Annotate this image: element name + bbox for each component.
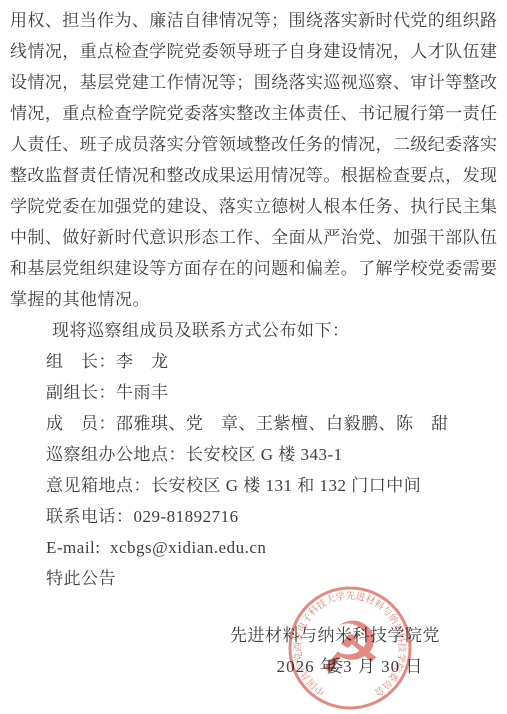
body-line: 整改监督责任情况和整改成果运用情况等。根据检查要点，发现 bbox=[10, 160, 497, 191]
contact-line-leader: 组 长：李 龙 bbox=[10, 346, 497, 377]
body-line: 和基层党组织建设等方面存在的问题和偏差。了解学校党委需要 bbox=[10, 253, 497, 284]
contact-line-mailbox-location: 意见箱地点：长安校区 G 楼 131 和 132 门口中间 bbox=[10, 470, 497, 501]
contact-list: 组 长：李 龙 副组长：牛雨丰 成 员：邵雅琪、党 章、王紫檀、白毅鹏、陈 甜 … bbox=[10, 346, 497, 594]
body-line: 掌握的其他情况。 bbox=[10, 284, 497, 315]
contact-line-phone: 联系电话：029-81892716 bbox=[10, 501, 497, 532]
body-line: 人责任、班子成员落实分管领域整改任务的情况，二级纪委落实 bbox=[10, 129, 497, 160]
body-line: 学院党委在加强党的建设、落实立德树人根本任务、执行民主集 bbox=[10, 191, 497, 222]
signature-block: 先进材料与纳米科技学院党委 2026 年 3 月 30 日 bbox=[225, 620, 445, 682]
contact-line-members: 成 员：邵雅琪、党 章、王紫檀、白毅鹏、陈 甜 bbox=[10, 408, 497, 439]
contact-line-email: E-mail: xcbgs@xidian.edu.cn bbox=[10, 532, 497, 563]
body-line: 情况，重点检查学院党委落实整改主体责任、书记履行第一责任 bbox=[10, 98, 497, 129]
body-line: 中制、做好新时代意识形态工作、全面从严治党、加强干部队伍 bbox=[10, 222, 497, 253]
document-page: 用权、担当作为、廉洁自律情况等；围绕落实新时代党的组织路 线情况，重点检查学院党… bbox=[0, 0, 507, 714]
body-line: 线情况，重点检查学院党委领导班子自身建设情况，人才队伍建 bbox=[10, 36, 497, 67]
announcement-intro: 现将巡察组成员及联系方式公布如下： bbox=[10, 315, 497, 346]
signature-date: 2026 年 3 月 30 日 bbox=[255, 651, 445, 682]
closing-statement: 特此公告 bbox=[10, 563, 497, 594]
body-line: 设情况，基层党建工作情况等；围绕落实巡视巡察、审计等整改 bbox=[10, 67, 497, 98]
contact-line-deputy-leader: 副组长：牛雨丰 bbox=[10, 377, 497, 408]
signature-organization: 先进材料与纳米科技学院党委 bbox=[225, 620, 445, 651]
contact-line-office-location: 巡察组办公地点：长安校区 G 楼 343-1 bbox=[10, 439, 497, 470]
document-body: 用权、担当作为、廉洁自律情况等；围绕落实新时代党的组织路 线情况，重点检查学院党… bbox=[10, 5, 497, 594]
body-line: 用权、担当作为、廉洁自律情况等；围绕落实新时代党的组织路 bbox=[10, 5, 497, 36]
